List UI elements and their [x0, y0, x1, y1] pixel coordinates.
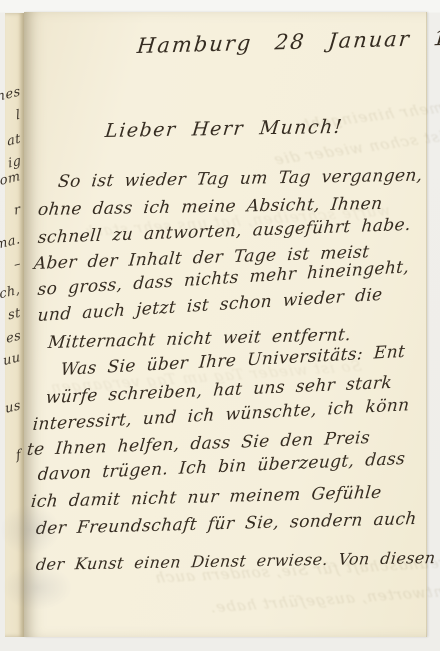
prev-page-fragment: ches	[0, 84, 22, 107]
prev-page-fragment: at	[6, 131, 22, 149]
salutation: Lieber Herr Munch!	[104, 116, 344, 142]
smudge-mark	[0, 505, 60, 555]
prev-page-fragment: es	[5, 328, 22, 347]
scanned-letter: ches l at ig lom r ma. – lich, st es uu …	[0, 0, 440, 651]
prev-page-fragment: lom	[0, 169, 22, 190]
prev-page-fragment: us	[4, 398, 22, 417]
prev-page-fragment: st	[7, 305, 22, 323]
prev-page-fragment: uu	[2, 350, 21, 369]
prev-page-fragment: lich,	[0, 282, 22, 304]
prev-page-fragment: r	[13, 202, 22, 219]
body-line: ich damit nicht nur meinem Gefühle	[30, 483, 383, 512]
prev-page-fragment: ig	[7, 153, 22, 171]
letter-page: so gross, dass nichts mehr hineingeht, u…	[24, 12, 427, 637]
body-line: So ist wieder Tag um Tag vergangen,	[57, 166, 424, 192]
body-line: der Freundschaft für Sie, sondern auch	[35, 509, 418, 539]
prev-page-fragment: –	[13, 256, 22, 273]
prev-page-fragment: l	[15, 107, 22, 123]
prev-page-fragment: ma.	[0, 232, 22, 253]
date-line: Hamburg 28 Januar 1911	[136, 25, 440, 58]
smudge-mark	[2, 565, 72, 610]
prev-page-fragment: f	[15, 447, 22, 463]
